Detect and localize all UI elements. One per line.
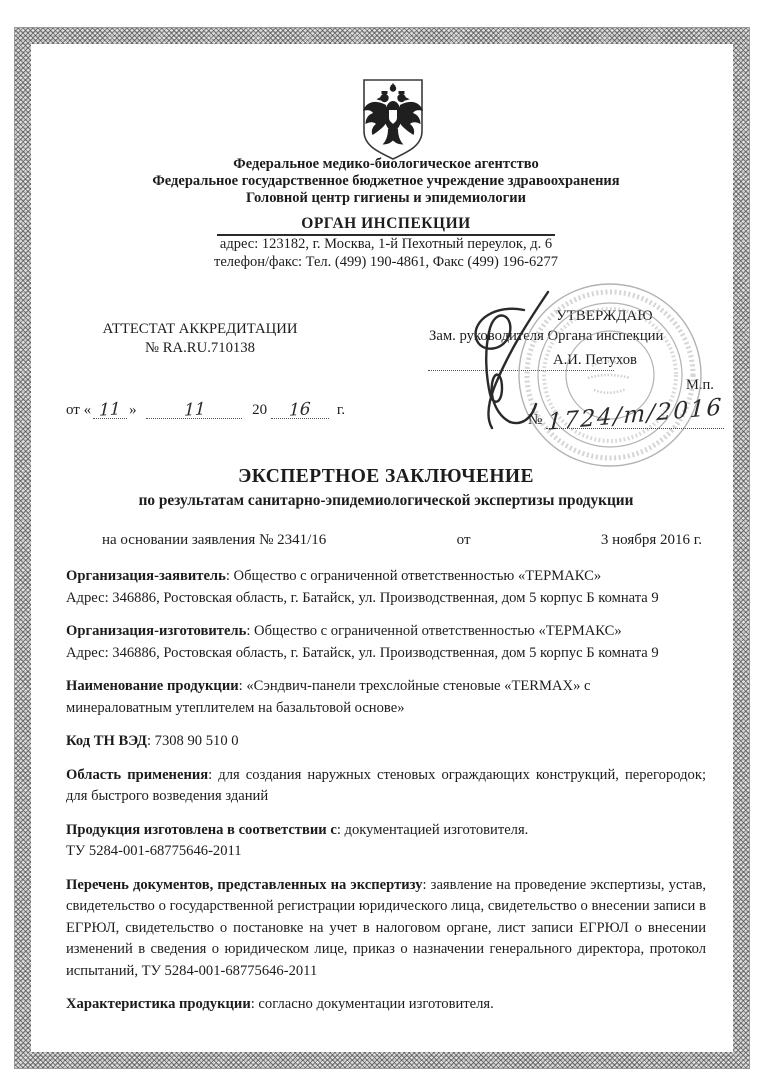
- section-label: Организация-изготовитель: [66, 623, 246, 639]
- paragraph-application-area: Область применения: для создания наружны…: [66, 765, 706, 808]
- accreditation-number: № RA.RU.710138: [84, 339, 316, 358]
- handwritten-month: 11: [183, 399, 205, 421]
- section-label: Продукция изготовлена в соответствии с: [66, 822, 337, 838]
- header-block: Федеральное медико-биологическое агентст…: [26, 156, 746, 207]
- basis-right: 3 ноября 2016 г.: [601, 532, 702, 549]
- doc-number-label: №: [528, 412, 542, 428]
- coat-of-arms-icon: [357, 76, 429, 164]
- doc-number-line: №1724/т/2016: [528, 402, 724, 429]
- document-body: Организация-заявитель: Общество с ограни…: [66, 566, 706, 1028]
- agency-name-line2: Федеральное государственное бюджетное уч…: [26, 173, 746, 190]
- org-title-row: ОРГАН ИНСПЕКЦИИ: [26, 215, 746, 236]
- date-year-blank: 16: [271, 400, 329, 419]
- section-label: Перечень документов, представленных на э…: [66, 877, 423, 893]
- agency-name-line1: Федеральное медико-биологическое агентст…: [26, 156, 746, 173]
- date-year-prefix: 20: [252, 402, 267, 418]
- basis-line: на основании заявления № 2341/16 от 3 но…: [102, 532, 702, 549]
- date-prefix: от «: [66, 402, 91, 418]
- date-quote-close: »: [129, 402, 137, 418]
- address-line: адрес: 123182, г. Москва, 1-й Пехотный п…: [26, 236, 746, 254]
- accreditation-title: АТТЕСТАТ АККРЕДИТАЦИИ: [84, 320, 316, 339]
- paragraph-applicant: Организация-заявитель: Общество с ограни…: [66, 566, 706, 609]
- basis-left: на основании заявления № 2341/16: [102, 532, 326, 549]
- document-page: Федеральное медико-биологическое агентст…: [0, 0, 764, 1080]
- org-title: ОРГАН ИНСПЕКЦИИ: [217, 215, 554, 236]
- paragraph-product-characteristics: Характеристика продукции: согласно докум…: [66, 994, 706, 1016]
- section-label: Организация-заявитель: [66, 568, 226, 584]
- handwritten-year: 16: [289, 399, 311, 421]
- accreditation-block: АТТЕСТАТ АККРЕДИТАЦИИ № RA.RU.710138: [84, 320, 316, 358]
- section-label: Область применения: [66, 767, 208, 783]
- agency-name-line3: Головной центр гигиены и эпидемиологии: [26, 190, 746, 207]
- paragraph-documents-list: Перечень документов, представленных на э…: [66, 875, 706, 983]
- date-line: от «11» 11 2016 г.: [66, 400, 345, 419]
- document-subtitle: по результатам санитарно-эпидемиологичес…: [26, 492, 746, 510]
- paragraph-manufactured-according-to: Продукция изготовлена в соответствии с: …: [66, 820, 706, 863]
- section-label: Код ТН ВЭД: [66, 733, 147, 749]
- contact-block: адрес: 123182, г. Москва, 1-й Пехотный п…: [26, 236, 746, 271]
- date-month-blank: 11: [146, 400, 242, 419]
- paragraph-tnved-code: Код ТН ВЭД: 7308 90 510 0: [66, 731, 706, 753]
- handwritten-day: 11: [99, 399, 121, 421]
- basis-middle: от: [457, 532, 471, 549]
- paragraph-product-name: Наименование продукции: «Сэндвич-панели …: [66, 676, 706, 719]
- date-day-blank: 11: [93, 400, 127, 419]
- paragraph-manufacturer: Организация-изготовитель: Общество с огр…: [66, 621, 706, 664]
- section-label: Наименование продукции: [66, 678, 239, 694]
- doc-number-blank: 1724/т/2016: [546, 402, 724, 429]
- document-title: ЭКСПЕРТНОЕ ЗАКЛЮЧЕНИЕ: [26, 466, 746, 488]
- section-text: : 7308 90 510 0: [147, 733, 239, 749]
- section-text: : согласно документации изготовителя.: [251, 996, 494, 1012]
- section-label: Характеристика продукции: [66, 996, 251, 1012]
- date-suffix: г.: [337, 402, 345, 418]
- phone-line: телефон/факс: Тел. (499) 190-4861, Факс …: [26, 254, 746, 272]
